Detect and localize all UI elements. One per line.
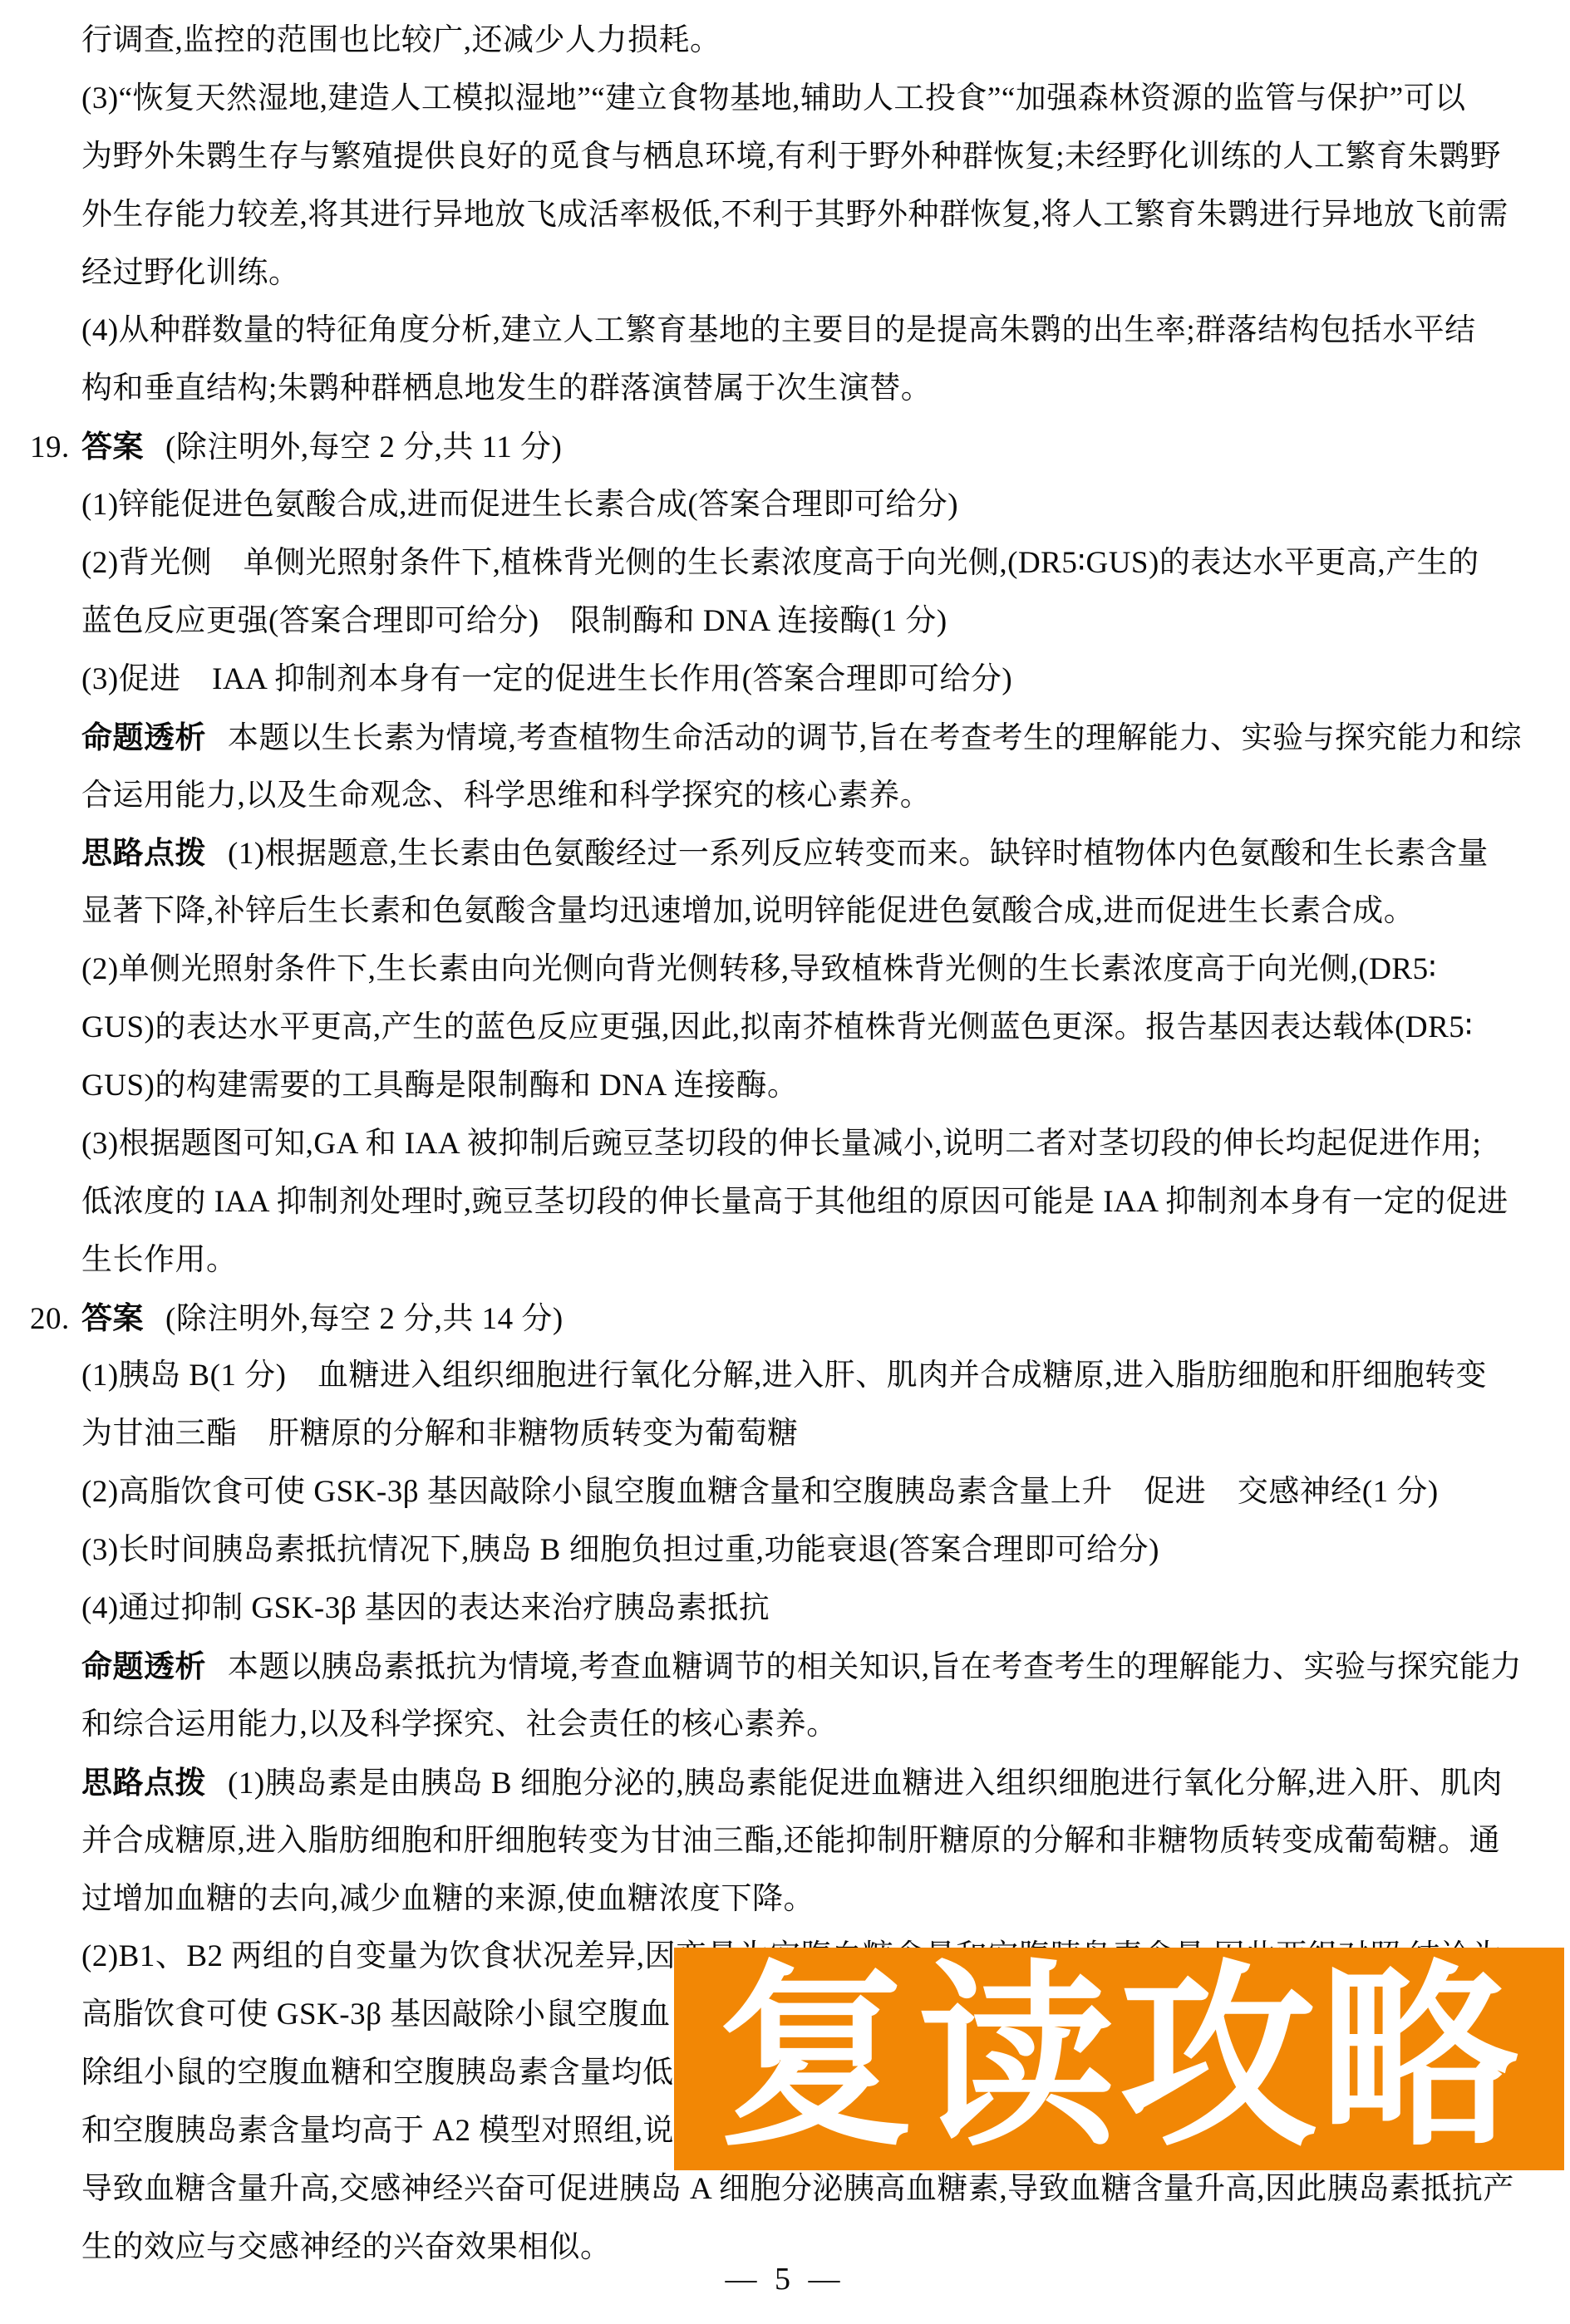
line-text: 行调查,监控的范围也比较广,还减少人力损耗。: [81, 23, 721, 57]
line-text: 生长作用。: [81, 1243, 238, 1277]
line-text: 并合成糖原,进入脂肪细胞和肝细胞转变为甘油三酯,还能抑制肝糖原的分解和非糖物质转…: [81, 1824, 1500, 1858]
text-line: GUS)的表达水平更高,产生的蓝色反应更强,因此,拟南芥植株背光侧蓝色更深。报告…: [81, 999, 1570, 1057]
watermark-overlay: 复读攻略: [674, 1948, 1564, 2170]
text-line: (2)单侧光照射条件下,生长素由向光侧向背光侧转移,导致植株背光侧的生长素浓度高…: [81, 941, 1570, 999]
line-text: (3)“恢复天然湿地,建造人工模拟湿地”“建立食物基地,辅助人工投食”“加强森林…: [81, 81, 1466, 115]
line-text: (2)单侧光照射条件下,生长素由向光侧向背光侧转移,导致植株背光侧的生长素浓度高…: [81, 952, 1437, 986]
line-text: 高脂饮食可使 GSK-3β 基因敲除小鼠空腹血: [81, 1997, 671, 2032]
text-line: 行调查,监控的范围也比较广,还减少人力损耗。: [81, 12, 1570, 70]
text-line: 低浓度的 IAA 抑制剂处理时,豌豆茎切段的伸长量高于其他组的原因可能是 IAA…: [81, 1173, 1570, 1231]
line-text: GUS)的构建需要的工具酶是限制酶和 DNA 连接酶。: [81, 1069, 798, 1103]
line-text: 蓝色反应更强(答案合理即可给分) 限制酶和 DNA 连接酶(1 分): [81, 604, 947, 638]
text-line: 显著下降,补锌后生长素和色氨酸含量均迅速增加,说明锌能促进色氨酸合成,进而促进生…: [81, 882, 1570, 941]
line-text: (1)胰岛素是由胰岛 B 细胞分泌的,胰岛素能促进血糖进入组织细胞进行氧化分解,…: [228, 1766, 1503, 1801]
text-line: 构和垂直结构;朱鹮种群栖息地发生的群落演替属于次生演替。: [81, 360, 1570, 418]
line-text: (3)促进 IAA 抑制剂本身有一定的促进生长作用(答案合理即可给分): [81, 662, 1012, 696]
line-text: 构和垂直结构;朱鹮种群栖息地发生的群落演替属于次生演替。: [81, 371, 932, 405]
line-text: (4)从种群数量的特征角度分析,建立人工繁育基地的主要目的是提高朱鹮的出生率;群…: [81, 313, 1476, 347]
exam-answer-page: 行调查,监控的范围也比较广,还减少人力损耗。(3)“恢复天然湿地,建造人工模拟湿…: [0, 0, 1570, 2324]
line-text: 为野外朱鹮生存与繁殖提供良好的觅食与栖息环境,有利于野外种群恢复;未经野化训练的…: [81, 140, 1501, 174]
answer-section-heading: 答案: [81, 1301, 144, 1335]
text-line: 19.答案(除注明外,每空 2 分,共 11 分): [81, 418, 1570, 476]
line-text: (3)长时间胰岛素抵抗情况下,胰岛 B 细胞负担过重,功能衰退(答案合理即可给分…: [81, 1533, 1159, 1567]
line-text: 本题以胰岛素抵抗为情境,考查血糖调节的相关知识,旨在考查考生的理解能力、实验与探…: [228, 1650, 1522, 1684]
watermark-text: 复读攻略: [717, 1948, 1522, 2170]
line-text: 和综合运用能力,以及科学探究、社会责任的核心素养。: [81, 1707, 838, 1742]
line-text: 低浓度的 IAA 抑制剂处理时,豌豆茎切段的伸长量高于其他组的原因可能是 IAA…: [81, 1185, 1508, 1219]
line-text: 外生存能力较差,将其进行异地放飞成活率极低,不利于其野外种群恢复,将人工繁育朱鹮…: [81, 198, 1508, 232]
line-text: (4)通过抑制 GSK-3β 基因的表达来治疗胰岛素抵抗: [81, 1591, 770, 1625]
answer-text-block: 行调查,监控的范围也比较广,还减少人力损耗。(3)“恢复天然湿地,建造人工模拟湿…: [81, 12, 1570, 2277]
line-text: (3)根据题图可知,GA 和 IAA 被抑制后豌豆茎切段的伸长量减小,说明二者对…: [81, 1127, 1481, 1161]
text-line: (3)促进 IAA 抑制剂本身有一定的促进生长作用(答案合理即可给分): [81, 651, 1570, 709]
text-line: 命题透析本题以胰岛素抵抗为情境,考查血糖调节的相关知识,旨在考查考生的理解能力、…: [81, 1638, 1570, 1696]
text-line: (4)从种群数量的特征角度分析,建立人工繁育基地的主要目的是提高朱鹮的出生率;群…: [81, 302, 1570, 360]
text-line: 合运用能力,以及生命观念、科学思维和科学探究的核心素养。: [81, 767, 1570, 825]
text-line: (1)胰岛 B(1 分) 血糖进入组织细胞进行氧化分解,进入肝、肌肉并合成糖原,…: [81, 1347, 1570, 1405]
text-line: 思路点拨(1)根据题意,生长素由色氨酸经过一系列反应转变而来。缺锌时植物体内色氨…: [81, 824, 1570, 882]
line-text: 和空腹胰岛素含量均高于 A2 模型对照组,说: [81, 2114, 674, 2148]
text-line: 命题透析本题以生长素为情境,考查植物生命活动的调节,旨在考查考生的理解能力、实验…: [81, 709, 1570, 767]
line-text: 显著下降,补锌后生长素和色氨酸含量均迅速增加,说明锌能促进色氨酸合成,进而促进生…: [81, 894, 1415, 928]
text-line: 思路点拨(1)胰岛素是由胰岛 B 细胞分泌的,胰岛素能促进血糖进入组织细胞进行氧…: [81, 1754, 1570, 1812]
line-text: 合运用能力,以及生命观念、科学思维和科学探究的核心素养。: [81, 779, 931, 813]
line-text: 经过野化训练。: [81, 256, 300, 290]
line-text: (1)锌能促进色氨酸合成,进而促进生长素合成(答案合理即可给分): [81, 488, 958, 522]
line-text: 过增加血糖的去向,减少血糖的来源,使血糖浓度下降。: [81, 1882, 815, 1916]
line-text: (除注明外,每空 2 分,共 14 分): [165, 1302, 564, 1336]
line-text: (2)背光侧 单侧光照射条件下,植株背光侧的生长素浓度高于向光侧,(DR5∶GU…: [81, 546, 1479, 580]
text-line: GUS)的构建需要的工具酶是限制酶和 DNA 连接酶。: [81, 1057, 1570, 1115]
answer-section-heading: 答案: [81, 430, 144, 464]
line-text: 导致血糖含量升高,交感神经兴奋可促进胰岛 A 细胞分泌胰高血糖素,导致血糖含量升…: [81, 2172, 1514, 2206]
text-line: 20.答案(除注明外,每空 2 分,共 14 分): [81, 1290, 1570, 1348]
answer-section-heading: 思路点拨: [81, 836, 206, 870]
text-line: (1)锌能促进色氨酸合成,进而促进生长素合成(答案合理即可给分): [81, 476, 1570, 534]
text-line: 并合成糖原,进入脂肪细胞和肝细胞转变为甘油三酯,还能抑制肝糖原的分解和非糖物质转…: [81, 1812, 1570, 1870]
text-line: 生长作用。: [81, 1231, 1570, 1290]
text-line: 过增加血糖的去向,减少血糖的来源,使血糖浓度下降。: [81, 1870, 1570, 1928]
line-text: 除组小鼠的空腹血糖和空腹胰岛素含量均低: [81, 2056, 674, 2090]
text-line: (4)通过抑制 GSK-3β 基因的表达来治疗胰岛素抵抗: [81, 1580, 1570, 1638]
text-line: 蓝色反应更强(答案合理即可给分) 限制酶和 DNA 连接酶(1 分): [81, 592, 1570, 651]
text-line: (3)根据题图可知,GA 和 IAA 被抑制后豌豆茎切段的伸长量减小,说明二者对…: [81, 1115, 1570, 1173]
text-line: 为野外朱鹮生存与繁殖提供良好的觅食与栖息环境,有利于野外种群恢复;未经野化训练的…: [81, 128, 1570, 186]
text-line: 和综合运用能力,以及科学探究、社会责任的核心素养。: [81, 1696, 1570, 1754]
page-number: — 5 —: [0, 2250, 1570, 2308]
text-line: 为甘油三酯 肝糖原的分解和非糖物质转变为葡萄糖: [81, 1405, 1570, 1463]
item-number: 19.: [30, 419, 81, 477]
line-text: GUS)的表达水平更高,产生的蓝色反应更强,因此,拟南芥植株背光侧蓝色更深。报告…: [81, 1010, 1473, 1044]
item-number: 20.: [30, 1290, 81, 1349]
line-text: (2)高脂饮食可使 GSK-3β 基因敲除小鼠空腹血糖含量和空腹胰岛素含量上升 …: [81, 1475, 1439, 1509]
text-line: 经过野化训练。: [81, 244, 1570, 302]
line-text: (1)胰岛 B(1 分) 血糖进入组织细胞进行氧化分解,进入肝、肌肉并合成糖原,…: [81, 1359, 1487, 1393]
line-text: 为甘油三酯 肝糖原的分解和非糖物质转变为葡萄糖: [81, 1417, 799, 1451]
line-text: 本题以生长素为情境,考查植物生命活动的调节,旨在考查考生的理解能力、实验与探究能…: [228, 721, 1522, 755]
line-text: (1)根据题意,生长素由色氨酸经过一系列反应转变而来。缺锌时植物体内色氨酸和生长…: [228, 837, 1489, 871]
text-line: 外生存能力较差,将其进行异地放飞成活率极低,不利于其野外种群恢复,将人工繁育朱鹮…: [81, 186, 1570, 244]
answer-section-heading: 命题透析: [81, 1649, 206, 1683]
text-line: (2)高脂饮食可使 GSK-3β 基因敲除小鼠空腹血糖含量和空腹胰岛素含量上升 …: [81, 1463, 1570, 1521]
answer-section-heading: 命题透析: [81, 720, 206, 754]
text-line: (3)长时间胰岛素抵抗情况下,胰岛 B 细胞负担过重,功能衰退(答案合理即可给分…: [81, 1521, 1570, 1580]
answer-section-heading: 思路点拨: [81, 1766, 206, 1800]
text-line: (3)“恢复天然湿地,建造人工模拟湿地”“建立食物基地,辅助人工投食”“加强森林…: [81, 70, 1570, 128]
line-text: (除注明外,每空 2 分,共 11 分): [165, 430, 562, 464]
text-line: (2)背光侧 单侧光照射条件下,植株背光侧的生长素浓度高于向光侧,(DR5∶GU…: [81, 534, 1570, 592]
